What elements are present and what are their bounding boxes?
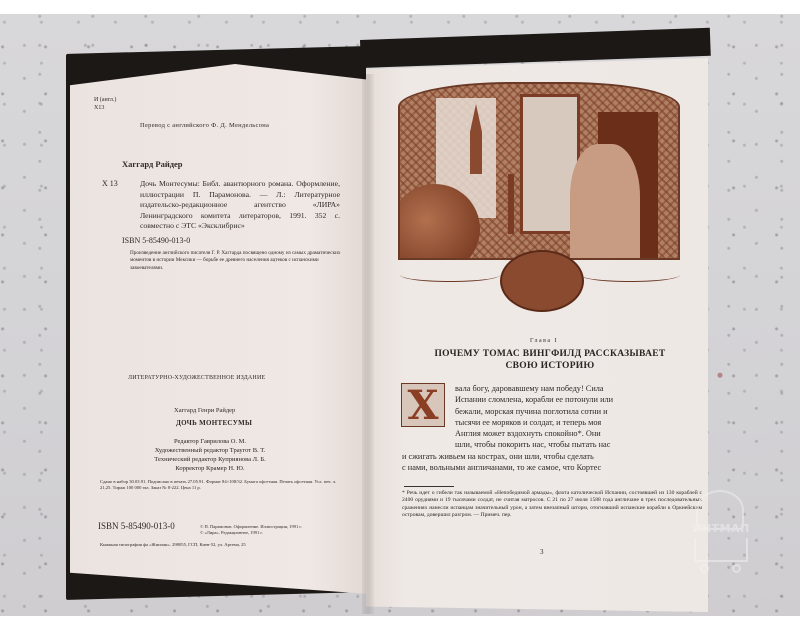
bbk-code: И (англ.) Х13 — [94, 96, 116, 112]
catalog-author: Хаггард Райдер — [122, 159, 183, 169]
translator-credit: Перевод с английского Ф. Д. Мендельсона — [140, 122, 269, 129]
illustration-candlestick — [508, 174, 514, 234]
annotation: Произведение английского писателя Г. Р. … — [130, 250, 342, 272]
copyright: © П. Парамонов. Оформление. Иллюстрации,… — [200, 524, 302, 536]
cart-wheel-icon — [732, 564, 741, 573]
credit-art-editor: Художественный редактор Траугот В. Т. — [130, 446, 290, 455]
chapter-illustration — [398, 82, 680, 260]
ornament-scroll-left — [400, 268, 500, 282]
isbn-footer: ISBN 5-85490-013-0 — [98, 521, 175, 531]
watermark-text: ИНТМАП — [684, 522, 758, 535]
footnote: * Речь идет о гибели так называемой «Неп… — [402, 490, 702, 519]
author-full-name: Хаггард Генри Райдер — [174, 407, 235, 414]
page-number: 3 — [540, 548, 544, 556]
catalog-entry: Дочь Монтесумы: Библ. авантюрного романа… — [140, 179, 340, 232]
credit-editor: Редактор Гаврилова О. М. — [130, 437, 290, 446]
credit-proofreader: Корректор Крамер Н. Ю. — [130, 464, 290, 473]
drop-cap: Х — [401, 383, 445, 427]
imprint-details: Сдано в набор 30.03.91. Подписано в печа… — [100, 479, 340, 491]
footnote-divider — [404, 486, 454, 487]
illustration-seated-man — [570, 144, 640, 260]
chapter-label: Глава I — [530, 338, 558, 344]
book-title: ДОЧЬ МОНТЕСУМЫ — [176, 419, 252, 427]
chapter-title: ПОЧЕМУ ТОМАС ВИНГФИЛД РАССКАЗЫВАЕТ СВОЮ … — [420, 348, 680, 372]
book-spine — [362, 74, 374, 614]
body-text-full: и сжигать живьем на кострах, они шли, чт… — [402, 451, 601, 474]
series-label: ЛИТЕРАТУРНО-ХУДОЖЕСТВЕННОЕ ИЗДАНИЕ — [128, 375, 265, 381]
left-page — [70, 64, 370, 594]
body-text-indented: вала богу, даровавшему нам победу! Сила … — [455, 383, 613, 451]
cart-wheel-icon — [700, 564, 709, 573]
isbn-catalog: ISBN 5-85490-013-0 — [122, 236, 190, 245]
shopping-cart-icon — [694, 538, 748, 562]
editorial-credits: Редактор Гаврилова О. М. Художественный … — [130, 437, 290, 473]
ornament-scroll-right — [580, 268, 680, 282]
watermark-logo: ИНТМАП — [684, 490, 758, 576]
catalog-code: Х 13 — [102, 179, 118, 188]
ornament-medallion — [500, 250, 584, 312]
credit-tech-editor: Технический редактор Куприянова Л. Б. — [130, 455, 290, 464]
printer-info: Книжная типография фа «Жиппан». 298055, … — [100, 542, 246, 547]
